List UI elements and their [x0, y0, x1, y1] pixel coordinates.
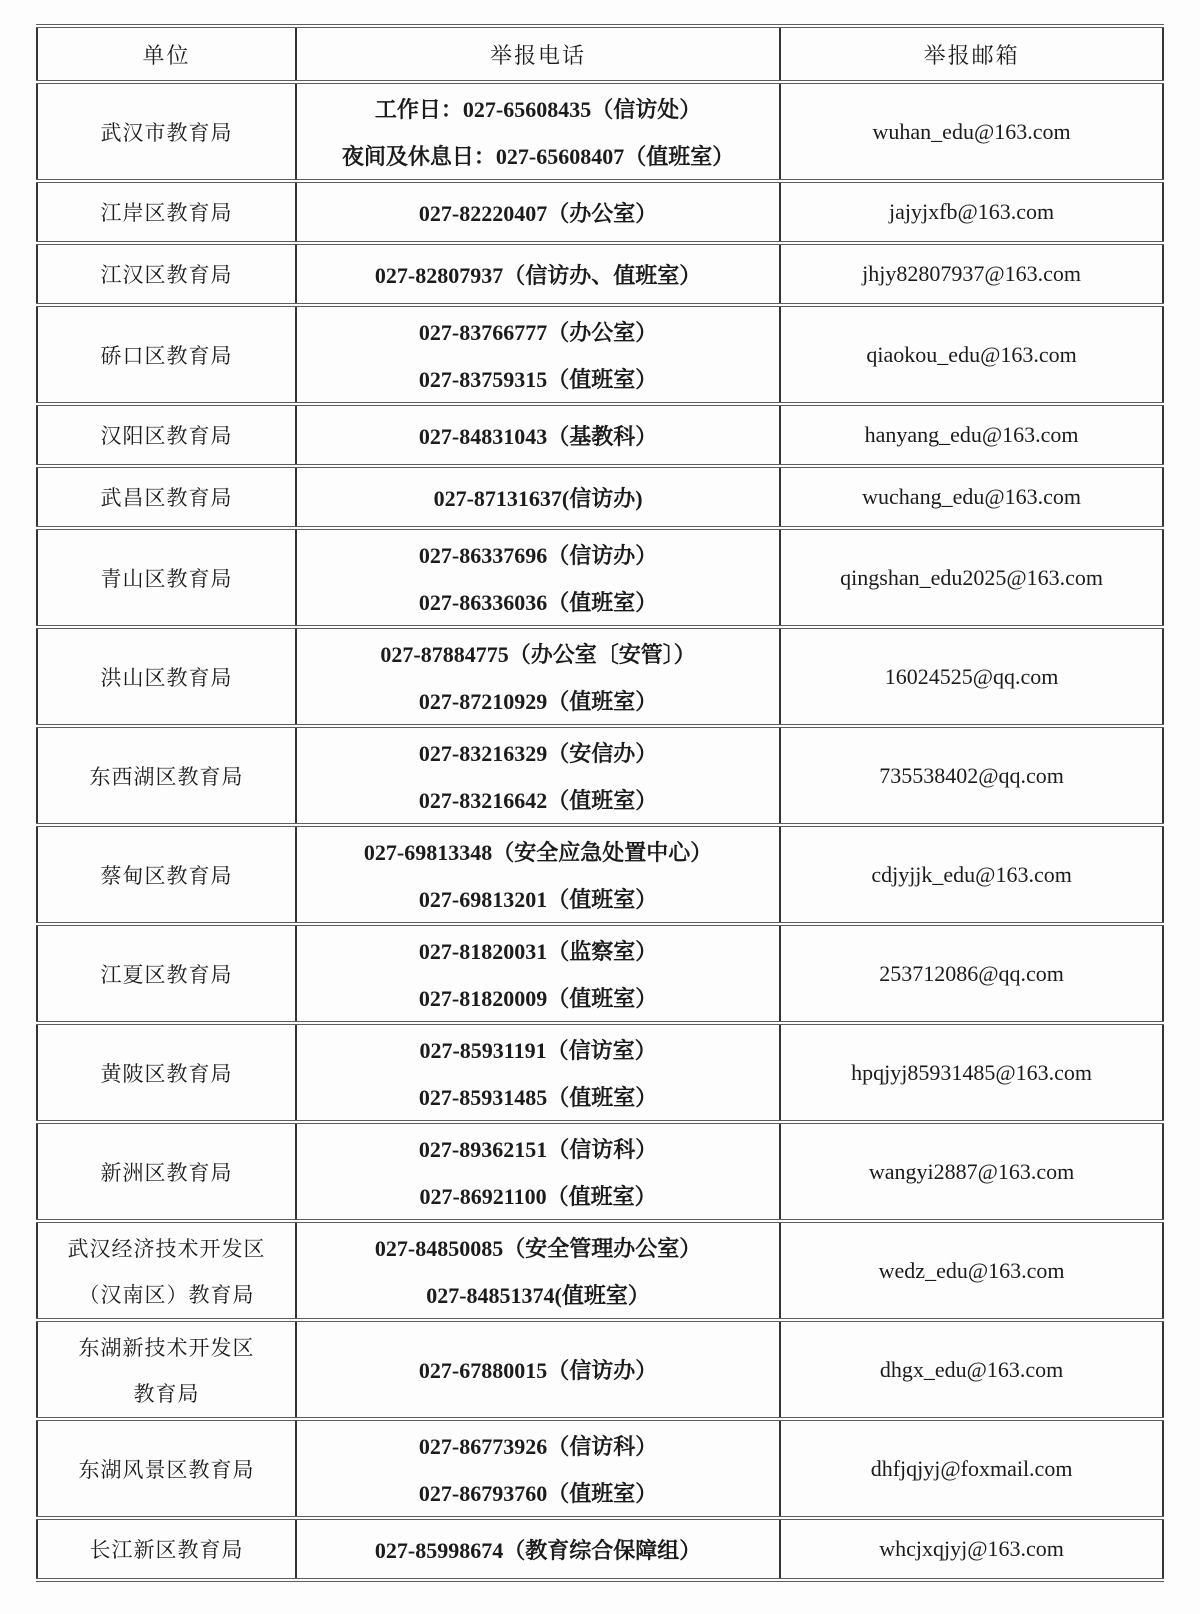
email-cell: hanyang_edu@163.com — [780, 404, 1163, 466]
unit-line: 汉阳区教育局 — [46, 420, 287, 450]
phone-line: 027-67880015（信访办） — [305, 1354, 771, 1385]
phone-line: 027-85998674（教育综合保障组） — [305, 1534, 771, 1565]
phone-cell: 027-87884775（办公室〔安管〕）027-87210929（值班室） — [296, 627, 780, 726]
email-cell: jajyjxfb@163.com — [780, 181, 1163, 243]
unit-line: 东湖风景区教育局 — [46, 1454, 287, 1484]
table-row: 青山区教育局 027-86337696（信访办）027-86336036（值班室… — [37, 528, 1163, 627]
phone-line: 027-87884775（办公室〔安管〕） — [305, 638, 771, 669]
phone-line: 027-85931191（信访室） — [305, 1034, 771, 1065]
unit-line: 硚口区教育局 — [46, 340, 287, 370]
email-cell: wedz_edu@163.com — [780, 1221, 1163, 1320]
phone-cell: 027-86337696（信访办）027-86336036（值班室） — [296, 528, 780, 627]
email-cell: wuchang_edu@163.com — [780, 466, 1163, 528]
report-contacts-table: 单位 举报电话 举报邮箱 武汉市教育局 工作日：027-65608435（信访处… — [36, 24, 1164, 1582]
unit-cell: 长江新区教育局 — [37, 1518, 296, 1580]
table-row: 新洲区教育局 027-89362151（信访科）027-86921100（值班室… — [37, 1122, 1163, 1221]
phone-cell: 027-83766777（办公室）027-83759315（值班室） — [296, 305, 780, 404]
phone-line: 027-83766777（办公室） — [305, 316, 771, 347]
phone-line: 027-81820031（监察室） — [305, 935, 771, 966]
phone-line: 027-82220407（办公室） — [305, 197, 771, 228]
phone-cell: 027-89362151（信访科）027-86921100（值班室） — [296, 1122, 780, 1221]
phone-line: 夜间及休息日：027-65608407（值班室） — [305, 140, 771, 171]
table-row: 武汉经济技术开发区（汉南区）教育局 027-84850085（安全管理办公室）0… — [37, 1221, 1163, 1320]
unit-line: 江汉区教育局 — [46, 259, 287, 289]
unit-cell: 东湖风景区教育局 — [37, 1419, 296, 1518]
phone-line: 027-87131637(信访办) — [305, 482, 771, 513]
phone-line: 027-82807937（信访办、值班室） — [305, 259, 771, 290]
document-page: 单位 举报电话 举报邮箱 武汉市教育局 工作日：027-65608435（信访处… — [0, 0, 1200, 1614]
phone-line: 027-84850085（安全管理办公室） — [305, 1232, 771, 1263]
unit-line: 教育局 — [46, 1378, 287, 1408]
phone-line: 027-86921100（值班室） — [305, 1180, 771, 1211]
phone-line: 027-69813201（值班室） — [305, 883, 771, 914]
unit-cell: 东湖新技术开发区教育局 — [37, 1320, 296, 1419]
phone-cell: 027-84850085（安全管理办公室）027-84851374(值班室） — [296, 1221, 780, 1320]
email-cell: dhfjqjyj@foxmail.com — [780, 1419, 1163, 1518]
header-unit: 单位 — [37, 26, 296, 82]
unit-line: 东西湖区教育局 — [46, 761, 287, 791]
table-row: 东湖新技术开发区教育局 027-67880015（信访办） dhgx_edu@1… — [37, 1320, 1163, 1419]
table-row: 武昌区教育局 027-87131637(信访办) wuchang_edu@163… — [37, 466, 1163, 528]
phone-cell: 027-83216329（安信办）027-83216642（值班室） — [296, 726, 780, 825]
table-row: 江汉区教育局 027-82807937（信访办、值班室） jhjy8280793… — [37, 243, 1163, 305]
email-cell: wangyi2887@163.com — [780, 1122, 1163, 1221]
email-cell: 253712086@qq.com — [780, 924, 1163, 1023]
phone-cell: 027-82807937（信访办、值班室） — [296, 243, 780, 305]
unit-cell: 江夏区教育局 — [37, 924, 296, 1023]
unit-line: 新洲区教育局 — [46, 1157, 287, 1187]
phone-line: 027-87210929（值班室） — [305, 685, 771, 716]
phone-line: 027-84851374(值班室） — [305, 1279, 771, 1310]
table-row: 长江新区教育局 027-85998674（教育综合保障组） whcjxqjyj@… — [37, 1518, 1163, 1580]
phone-cell: 工作日：027-65608435（信访处）夜间及休息日：027-65608407… — [296, 82, 780, 181]
phone-line: 027-86793760（值班室） — [305, 1477, 771, 1508]
header-phone: 举报电话 — [296, 26, 780, 82]
phone-cell: 027-86773926（信访科）027-86793760（值班室） — [296, 1419, 780, 1518]
phone-cell: 027-85998674（教育综合保障组） — [296, 1518, 780, 1580]
email-cell: whcjxqjyj@163.com — [780, 1518, 1163, 1580]
unit-line: 武汉市教育局 — [46, 117, 287, 147]
table-row: 东湖风景区教育局 027-86773926（信访科）027-86793760（值… — [37, 1419, 1163, 1518]
unit-cell: 江岸区教育局 — [37, 181, 296, 243]
unit-line: （汉南区）教育局 — [46, 1279, 287, 1309]
unit-line: 蔡甸区教育局 — [46, 860, 287, 890]
unit-line: 洪山区教育局 — [46, 662, 287, 692]
phone-cell: 027-87131637(信访办) — [296, 466, 780, 528]
unit-cell: 洪山区教育局 — [37, 627, 296, 726]
unit-line: 江夏区教育局 — [46, 959, 287, 989]
table-row: 汉阳区教育局 027-84831043（基教科） hanyang_edu@163… — [37, 404, 1163, 466]
table-header: 单位 举报电话 举报邮箱 — [37, 26, 1163, 82]
email-cell: 735538402@qq.com — [780, 726, 1163, 825]
email-cell: 16024525@qq.com — [780, 627, 1163, 726]
table-row: 蔡甸区教育局 027-69813348（安全应急处置中心）027-6981320… — [37, 825, 1163, 924]
unit-cell: 蔡甸区教育局 — [37, 825, 296, 924]
unit-cell: 江汉区教育局 — [37, 243, 296, 305]
unit-line: 黄陂区教育局 — [46, 1058, 287, 1088]
phone-line: 027-83216329（安信办） — [305, 737, 771, 768]
email-cell: cdjyjjk_edu@163.com — [780, 825, 1163, 924]
unit-cell: 青山区教育局 — [37, 528, 296, 627]
unit-line: 江岸区教育局 — [46, 197, 287, 227]
phone-line: 027-83759315（值班室） — [305, 363, 771, 394]
unit-line: 武汉经济技术开发区 — [46, 1233, 287, 1263]
email-cell: wuhan_edu@163.com — [780, 82, 1163, 181]
header-row: 单位 举报电话 举报邮箱 — [37, 26, 1163, 82]
phone-cell: 027-85931191（信访室）027-85931485（值班室） — [296, 1023, 780, 1122]
table-row: 江夏区教育局 027-81820031（监察室）027-81820009（值班室… — [37, 924, 1163, 1023]
unit-cell: 武昌区教育局 — [37, 466, 296, 528]
phone-line: 027-84831043（基教科） — [305, 420, 771, 451]
email-cell: hpqjyj85931485@163.com — [780, 1023, 1163, 1122]
unit-line: 武昌区教育局 — [46, 482, 287, 512]
unit-line: 东湖新技术开发区 — [46, 1332, 287, 1362]
header-email: 举报邮箱 — [780, 26, 1163, 82]
phone-cell: 027-81820031（监察室）027-81820009（值班室） — [296, 924, 780, 1023]
email-cell: jhjy82807937@163.com — [780, 243, 1163, 305]
phone-cell: 027-67880015（信访办） — [296, 1320, 780, 1419]
phone-cell: 027-84831043（基教科） — [296, 404, 780, 466]
unit-cell: 东西湖区教育局 — [37, 726, 296, 825]
unit-cell: 汉阳区教育局 — [37, 404, 296, 466]
phone-line: 027-86336036（值班室） — [305, 586, 771, 617]
email-cell: qiaokou_edu@163.com — [780, 305, 1163, 404]
report-contacts-table-wrap: 单位 举报电话 举报邮箱 武汉市教育局 工作日：027-65608435（信访处… — [36, 24, 1164, 1582]
phone-line: 工作日：027-65608435（信访处） — [305, 93, 771, 124]
phone-line: 027-89362151（信访科） — [305, 1133, 771, 1164]
table-row: 江岸区教育局 027-82220407（办公室） jajyjxfb@163.co… — [37, 181, 1163, 243]
table-row: 硚口区教育局 027-83766777（办公室）027-83759315（值班室… — [37, 305, 1163, 404]
phone-line: 027-83216642（值班室） — [305, 784, 771, 815]
unit-cell: 武汉市教育局 — [37, 82, 296, 181]
phone-cell: 027-69813348（安全应急处置中心）027-69813201（值班室） — [296, 825, 780, 924]
unit-cell: 硚口区教育局 — [37, 305, 296, 404]
email-cell: dhgx_edu@163.com — [780, 1320, 1163, 1419]
table-row: 武汉市教育局 工作日：027-65608435（信访处）夜间及休息日：027-6… — [37, 82, 1163, 181]
unit-cell: 黄陂区教育局 — [37, 1023, 296, 1122]
table-body: 武汉市教育局 工作日：027-65608435（信访处）夜间及休息日：027-6… — [37, 82, 1163, 1580]
phone-line: 027-85931485（值班室） — [305, 1081, 771, 1112]
email-cell: qingshan_edu2025@163.com — [780, 528, 1163, 627]
unit-line: 青山区教育局 — [46, 563, 287, 593]
table-row: 黄陂区教育局 027-85931191（信访室）027-85931485（值班室… — [37, 1023, 1163, 1122]
table-row: 洪山区教育局 027-87884775（办公室〔安管〕）027-87210929… — [37, 627, 1163, 726]
phone-line: 027-86337696（信访办） — [305, 539, 771, 570]
phone-line: 027-86773926（信访科） — [305, 1430, 771, 1461]
table-row: 东西湖区教育局 027-83216329（安信办）027-83216642（值班… — [37, 726, 1163, 825]
unit-cell: 武汉经济技术开发区（汉南区）教育局 — [37, 1221, 296, 1320]
phone-line: 027-69813348（安全应急处置中心） — [305, 836, 771, 867]
phone-cell: 027-82220407（办公室） — [296, 181, 780, 243]
phone-line: 027-81820009（值班室） — [305, 982, 771, 1013]
unit-cell: 新洲区教育局 — [37, 1122, 296, 1221]
unit-line: 长江新区教育局 — [46, 1534, 287, 1564]
